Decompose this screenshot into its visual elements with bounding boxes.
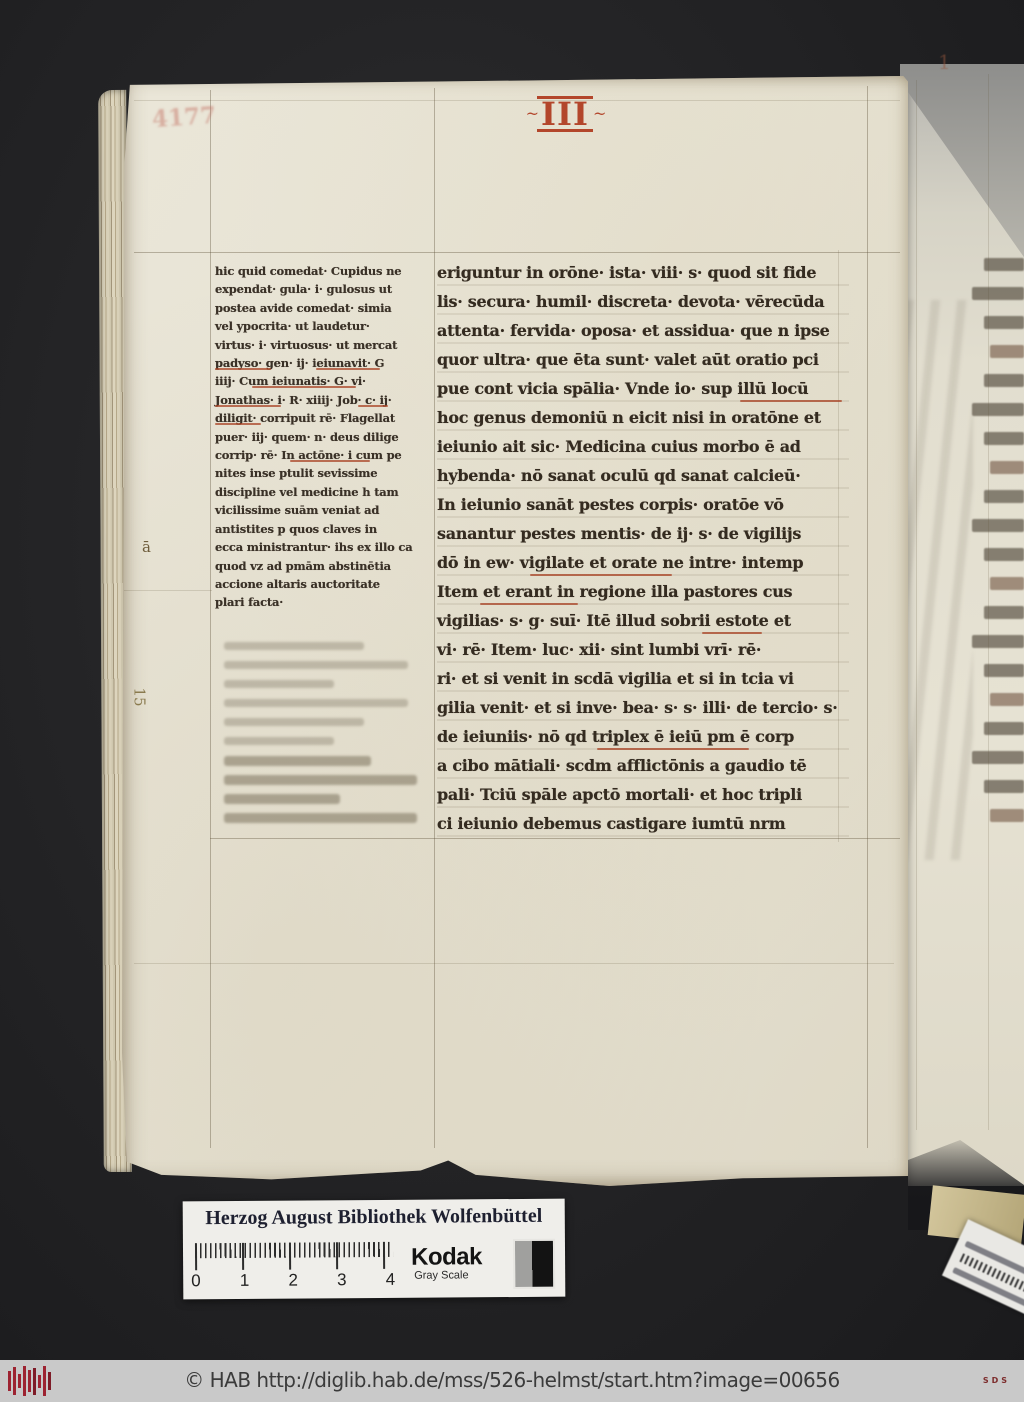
gloss-line: ecca ministrantur· ihs ex illo ca [215, 538, 433, 556]
ruler-number: 3 [337, 1270, 347, 1290]
gloss-line: vicilissime suām veniat ad [215, 501, 433, 519]
gloss-line: postea avide comedat· simia [215, 299, 433, 317]
gloss-line: antistites p quos claves in [215, 520, 433, 538]
corner-code: SDS [983, 1376, 1010, 1385]
kodak-brand: Kodak [411, 1243, 482, 1271]
main-text-column: eriguntur in orōne· ista· viii· s· quod … [437, 258, 849, 838]
text-line: gilia venit· et si inve· bea· s· s· illi… [437, 693, 849, 722]
folio-number: ~III~ [500, 96, 630, 132]
text-line: ri· et si venit in scdā vigilia et si in… [437, 664, 849, 693]
institution-name: Herzog August Bibliothek Wolfenbüttel [183, 1205, 565, 1231]
facing-page-foliation-mark: 1 [938, 50, 951, 74]
gloss-column: hic quid comedat· Cupidus ne expendat· g… [215, 262, 433, 612]
text-line: attenta· fervida· oposa· et assidua· que… [437, 316, 849, 345]
gloss-line: nites inse ptulit sevissime [215, 464, 433, 482]
digitized-manuscript-photo: 1 ~III~ 4177 ā 15 hic quid comedat· Cupi… [0, 0, 1024, 1402]
gloss-line: vel ypocrita· ut laudetur· [215, 317, 433, 335]
cm-ruler: 0 1 2 3 4 [195, 1242, 393, 1291]
text-line: hoc genus demoniū n eicit nisi in oratōn… [437, 403, 849, 432]
kodak-mark: Kodak Gray Scale [411, 1243, 482, 1281]
text-line: quor ultra· que ēta sunt· valet aūt orat… [437, 345, 849, 374]
gloss-line: discipline vel medicine h tam [215, 483, 433, 501]
text-line: ieiunio ait sic· Medicina cuius morbo ē … [437, 432, 849, 461]
ruler-number: 0 [191, 1271, 201, 1291]
text-line: a cibo mātiali· scdm afflictōnis a gaudi… [437, 751, 849, 780]
text-line: vigilias· s· g· suī· Itē illud sobrii es… [437, 606, 849, 635]
text-line: sanantur pestes mentis· de ij· s· de vig… [437, 519, 849, 548]
footer-strip: © HAB http://diglib.hab.de/mss/526-helms… [0, 1360, 1024, 1402]
text-line: lis· secura· humil· discreta· devota· vē… [437, 287, 849, 316]
source-url-caption: © HAB http://diglib.hab.de/mss/526-helms… [0, 1368, 1024, 1392]
show-through-text [224, 642, 424, 756]
margin-mark-a: ā [142, 538, 151, 556]
gray-scale-patch [513, 1239, 555, 1289]
gloss-line: virtus· i· virtuosus· ut mercat [215, 336, 433, 354]
gloss-line: expendat· gula· i· gulosus ut [215, 280, 433, 298]
ruler-minor-ticks [195, 1242, 393, 1258]
text-line: eriguntur in orōne· ista· viii· s· quod … [437, 258, 849, 287]
text-line: de ieiuniis· nō qd triplex ē ieiū pm ē c… [437, 722, 849, 751]
text-line: ci ieiunio debemus castigare iumtū nrm [437, 809, 849, 838]
ruler-number: 1 [240, 1271, 250, 1291]
ruler-numbers: 0 1 2 3 4 [191, 1270, 395, 1291]
faded-inscription: 4177 [151, 102, 217, 133]
text-line: pue cont vicia spālia· Vnde io· sup illū… [437, 374, 849, 403]
facing-page-text-fragments [972, 258, 1024, 838]
text-line: pali· Tciū spāle apctō mortali· et hoc t… [437, 780, 849, 809]
gloss-line: quod vz ad pmām abstinētia [215, 557, 433, 575]
folio-flourish-left: ~ [526, 104, 537, 123]
show-through-text-lower [224, 756, 434, 832]
scale-reference-label: Herzog August Bibliothek Wolfenbüttel 0 … [183, 1199, 566, 1300]
gloss-line: plari facta· [215, 593, 433, 611]
text-line: dō in ew· vigilate et orate ne intre· in… [437, 548, 849, 577]
quire-signature: 15 [131, 687, 149, 706]
ruler-number: 4 [386, 1270, 396, 1290]
text-line: In ieiunio sanāt pestes corpis· oratōe v… [437, 490, 849, 519]
gloss-line: puer· iij· quem· n· deus dilige [215, 428, 433, 446]
folio-number-text: III [537, 96, 593, 132]
text-line: vi· rē· Item· luc· xii· sint lumbi vrī· … [437, 635, 849, 664]
gloss-line: accione altaris auctoritate [215, 575, 433, 593]
ruler-number: 2 [288, 1271, 298, 1291]
text-line: hybenda· nō sanat oculū qd sanat calcieū… [437, 461, 849, 490]
gloss-line: iiij· Cum ieiunatis· G· vi· [215, 372, 433, 390]
text-line: Item et erant in regione illa pastores c… [437, 577, 849, 606]
gloss-line: hic quid comedat· Cupidus ne [215, 262, 433, 280]
folio-flourish-right: ~ [593, 104, 604, 123]
